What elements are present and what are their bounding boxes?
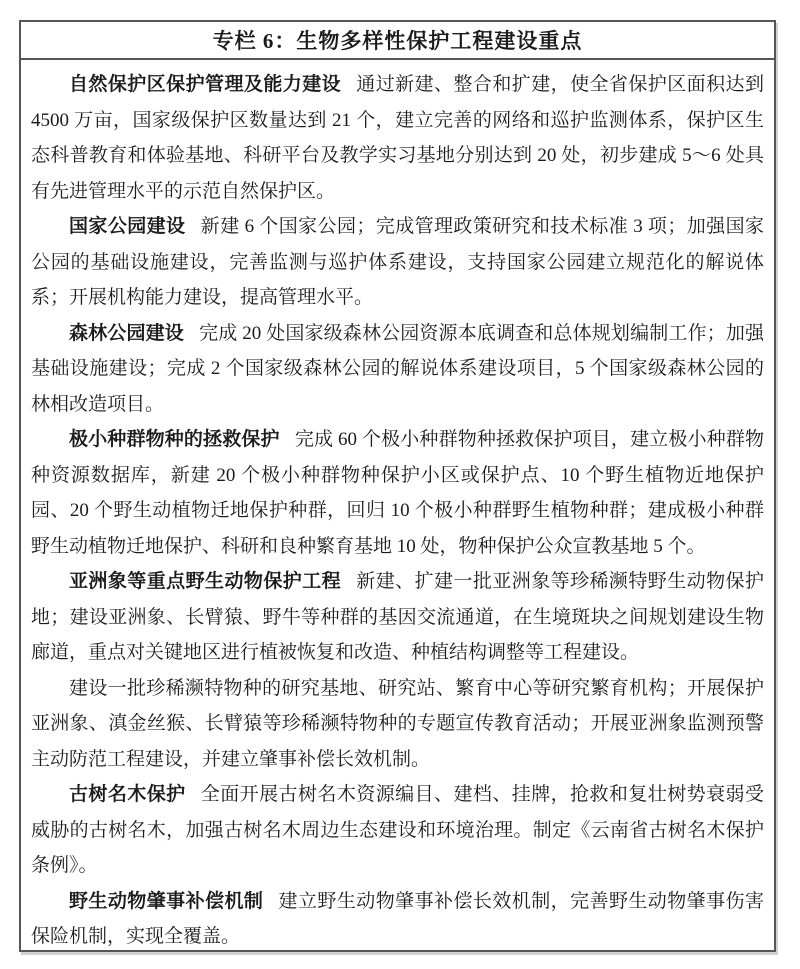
paragraph-lead: 自然保护区保护管理及能力建设: [69, 74, 341, 95]
paragraph-lead: 森林公园建设: [69, 323, 184, 344]
paragraph-lead: 野生动物肇事补偿机制: [69, 891, 263, 912]
paragraph: 亚洲象等重点野生动物保护工程新建、扩建一批亚洲象等珍稀濒特野生动物保护地；建设亚…: [31, 564, 764, 671]
paragraph: 自然保护区保护管理及能力建设通过新建、整合和扩建，使全省保护区面积达到 4500…: [31, 67, 764, 209]
column-title: 专栏 6：生物多样性保护工程建设重点: [21, 22, 774, 60]
paragraph: 森林公园建设完成 20 处国家级森林公园资源本底调查和总体规划编制工作；加强基础…: [31, 316, 764, 423]
paragraph: 国家公园建设新建 6 个国家公园；完成管理政策研究和技术标准 3 项；加强国家公…: [31, 209, 764, 316]
paragraph-text: 建设一批珍稀濒特物种的研究基地、研究站、繁育中心等研究繁育机构；开展保护亚洲象、…: [31, 678, 764, 770]
paragraph-lead: 古树名木保护: [69, 784, 186, 805]
document-page: { "colors": { "background": "#ffffff", "…: [0, 0, 800, 969]
paragraph: 极小种群物种的拯救保护完成 60 个极小种群物种拯救保护项目，建立极小种群物种资…: [31, 422, 764, 564]
column-box: 专栏 6：生物多样性保护工程建设重点 自然保护区保护管理及能力建设通过新建、整合…: [19, 20, 776, 952]
paragraph-lead: 极小种群物种的拯救保护: [69, 429, 280, 450]
paragraph: 建设一批珍稀濒特物种的研究基地、研究站、繁育中心等研究繁育机构；开展保护亚洲象、…: [31, 671, 764, 778]
paragraph: 野生动物肇事补偿机制建立野生动物肇事补偿长效机制，完善野生动物肇事伤害保险机制，…: [31, 884, 764, 955]
paragraph: 古树名木保护全面开展古树名木资源编目、建档、挂牌，抢救和复壮树势衰弱受威胁的古树…: [31, 777, 764, 884]
paragraph-lead: 国家公园建设: [69, 216, 185, 237]
paragraph-lead: 亚洲象等重点野生动物保护工程: [69, 571, 341, 592]
column-body: 自然保护区保护管理及能力建设通过新建、整合和扩建，使全省保护区面积达到 4500…: [21, 60, 774, 955]
